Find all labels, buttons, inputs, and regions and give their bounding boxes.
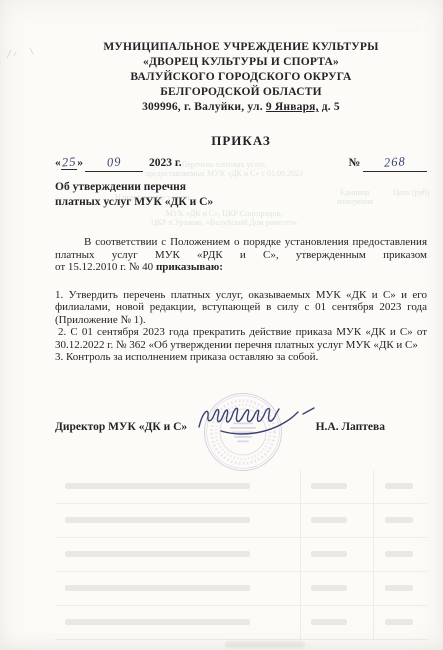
subject-line1: Об утверждении перечня xyxy=(55,180,213,195)
preamble-line: платных услуг МУК «РДК и С», утвержденны… xyxy=(55,249,427,262)
org-name-line1: МУНИЦИПАЛЬНОЕ УЧРЕЖДЕНИЕ КУЛЬТУРЫ xyxy=(55,40,427,55)
org-name-line4: БЕЛГОРОДСКОЙ ОБЛАСТИ xyxy=(55,85,427,100)
handwritten-month: 09 xyxy=(106,157,121,168)
bleedthrough-smear xyxy=(335,27,420,32)
bleedthrough-smudge xyxy=(225,641,305,648)
pencil-mark xyxy=(4,44,38,64)
order-item-1: 1. Утвердить перечень платных услуг, ока… xyxy=(55,289,427,302)
bleedthrough-column-header: Цена (руб) xyxy=(390,188,432,197)
org-address-suffix: д. 5 xyxy=(319,101,340,113)
bleedthrough-column-header: Единица измерения xyxy=(328,188,382,206)
year-label: 2023 г. xyxy=(149,157,182,169)
day-field: 25 xyxy=(61,157,78,170)
preamble-line: В соответствии с Положением о порядке ус… xyxy=(55,236,427,249)
date-field: «25»092023 г. xyxy=(55,157,182,177)
order-keyword: приказываю: xyxy=(156,261,223,273)
date-number-row: «25»092023 г. №268 xyxy=(55,157,427,177)
subject: Об утверждении перечня платных услуг МУК… xyxy=(55,180,213,210)
bleedthrough-table xyxy=(55,470,427,633)
month-field: 09 xyxy=(85,157,143,172)
bleedthrough-location-line2: ЦКР п.Уразово, «Валуйский Дом ремесел» xyxy=(94,218,354,227)
preamble-line: от 15.12.2010 г. № 40 приказываю: xyxy=(55,261,427,274)
letterhead: МУНИЦИПАЛЬНОЕ УЧРЕЖДЕНИЕ КУЛЬТУРЫ «ДВОРЕ… xyxy=(55,40,427,115)
subject-line2: платных услуг МУК «ДК и С» xyxy=(55,195,213,210)
org-address-prefix: 309996, г. Валуйки, ул. xyxy=(142,101,266,113)
number-sign: № xyxy=(348,157,360,169)
org-name-line3: ВАЛУЙСКОГО ГОРОДСКОГО ОКРУГА xyxy=(55,70,427,85)
org-address-street: 9 Января, xyxy=(266,101,319,113)
bleedthrough-location-line1: МУК «ДК и С», ЦКР Соцгородок, xyxy=(94,209,354,218)
signer-name: Н.А. Лаптева xyxy=(316,421,385,433)
order-item-1: (Приложение № 1). xyxy=(55,314,427,327)
order-body: В соответствии с Положением о порядке ус… xyxy=(55,236,427,364)
signer-role: Директор МУК «ДК и С» xyxy=(55,421,187,433)
order-item-2: 30.12.2022 г. № 362 «Об утверждении пере… xyxy=(55,339,427,352)
bleedthrough-location: МУК «ДК и С», ЦКР Соцгородок, ЦКР п.Ураз… xyxy=(94,209,354,227)
day-quote-close: » xyxy=(77,157,83,169)
order-item-1: филиалами, новой редакции, вступающей в … xyxy=(55,301,427,314)
director-signature xyxy=(193,397,323,443)
document-title: ПРИКАЗ xyxy=(55,133,427,149)
number-field: №268 xyxy=(348,157,427,177)
order-item-3: 3. Контроль за исполнением приказа остав… xyxy=(55,351,427,364)
org-address: 309996, г. Валуйки, ул. 9 Января, д. 5 xyxy=(55,100,427,115)
handwritten-number: 268 xyxy=(384,156,406,167)
document-page: Перечень платных услуг, предоставляемых … xyxy=(0,0,443,650)
org-name-line2: «ДВОРЕЦ КУЛЬТУРЫ И СПОРТА» xyxy=(55,55,427,70)
signature-row: Директор МУК «ДК и С» Н.А. Лаптева xyxy=(55,421,385,433)
order-item-2: 2. С 01 сентября 2023 года прекратить де… xyxy=(55,326,427,339)
handwritten-day: 25 xyxy=(61,157,76,168)
